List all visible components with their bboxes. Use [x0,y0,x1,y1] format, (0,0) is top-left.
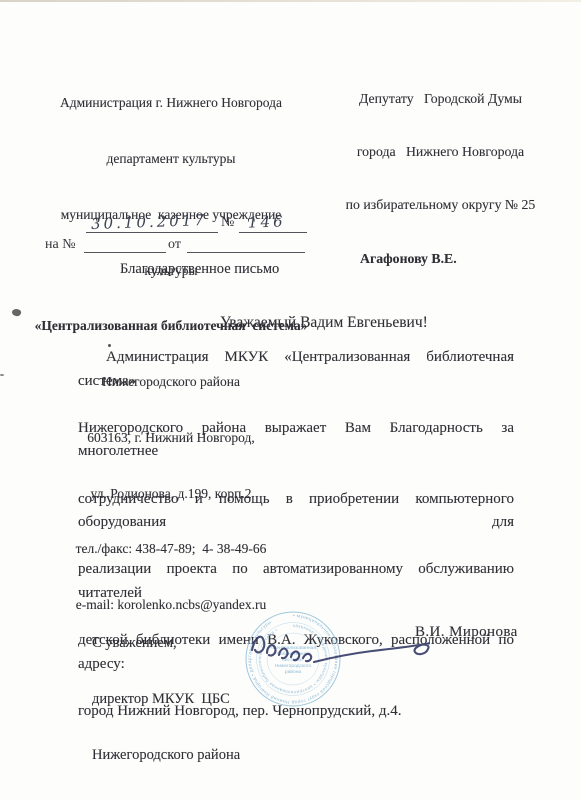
closing-line: С уважением, [92,634,240,653]
recipient-line: Депутату Городской Думы [323,90,558,108]
number-sign-label: № [221,215,234,231]
handwritten-date: 30.10.2017 [91,211,207,233]
incoming-number-label: на № [45,237,76,253]
outgoing-date-underline: 30.10.2017 [86,210,218,233]
body-line: Нижегородского района выражает Вам Благо… [78,417,514,488]
scan-edge-shadow [0,0,581,2]
signature-ink [238,606,430,670]
incoming-from-label: от [168,237,181,253]
incoming-date-underline [187,232,305,253]
sender-line: департамент культуры [30,150,312,169]
closing-block: С уважением, директор МКУК ЦБС Нижегород… [92,596,240,800]
handwritten-number: 146 [248,212,286,231]
signature-scribble [252,637,430,662]
recipient-block: Депутату Городской Думы города Нижнего Н… [323,54,558,303]
recipient-line: города Нижнего Новгорода [323,143,558,161]
scan-smudge-artifact [11,308,22,317]
signer-name: В.И. Миронова [415,624,518,641]
body-line: Администрация МКУК «Централизованная биб… [78,346,514,417]
sender-line: Администрация г. Нижнего Новгорода [30,94,312,113]
scanned-letter-page: Администрация г. Нижнего Новгорода депар… [0,0,581,800]
greeting-line: Уважаемый Вадим Евгеньевич! [220,314,428,332]
scan-dot-artifact [0,374,4,376]
recipient-name: Агафонову В.Е. [323,250,558,268]
outgoing-number-underline: 146 [239,210,307,233]
closing-position-line: Нижегородского района [92,746,240,765]
closing-position-line: директор МКУК ЦБС [92,690,240,709]
incoming-number-underline [84,232,166,253]
recipient-line: по избирательному округу № 25 [323,196,558,214]
body-line: сотрудничество и помощь в приобретении к… [78,488,514,559]
scan-dot-artifact [108,344,111,347]
letter-title: Благодарственное письмо [120,261,279,278]
